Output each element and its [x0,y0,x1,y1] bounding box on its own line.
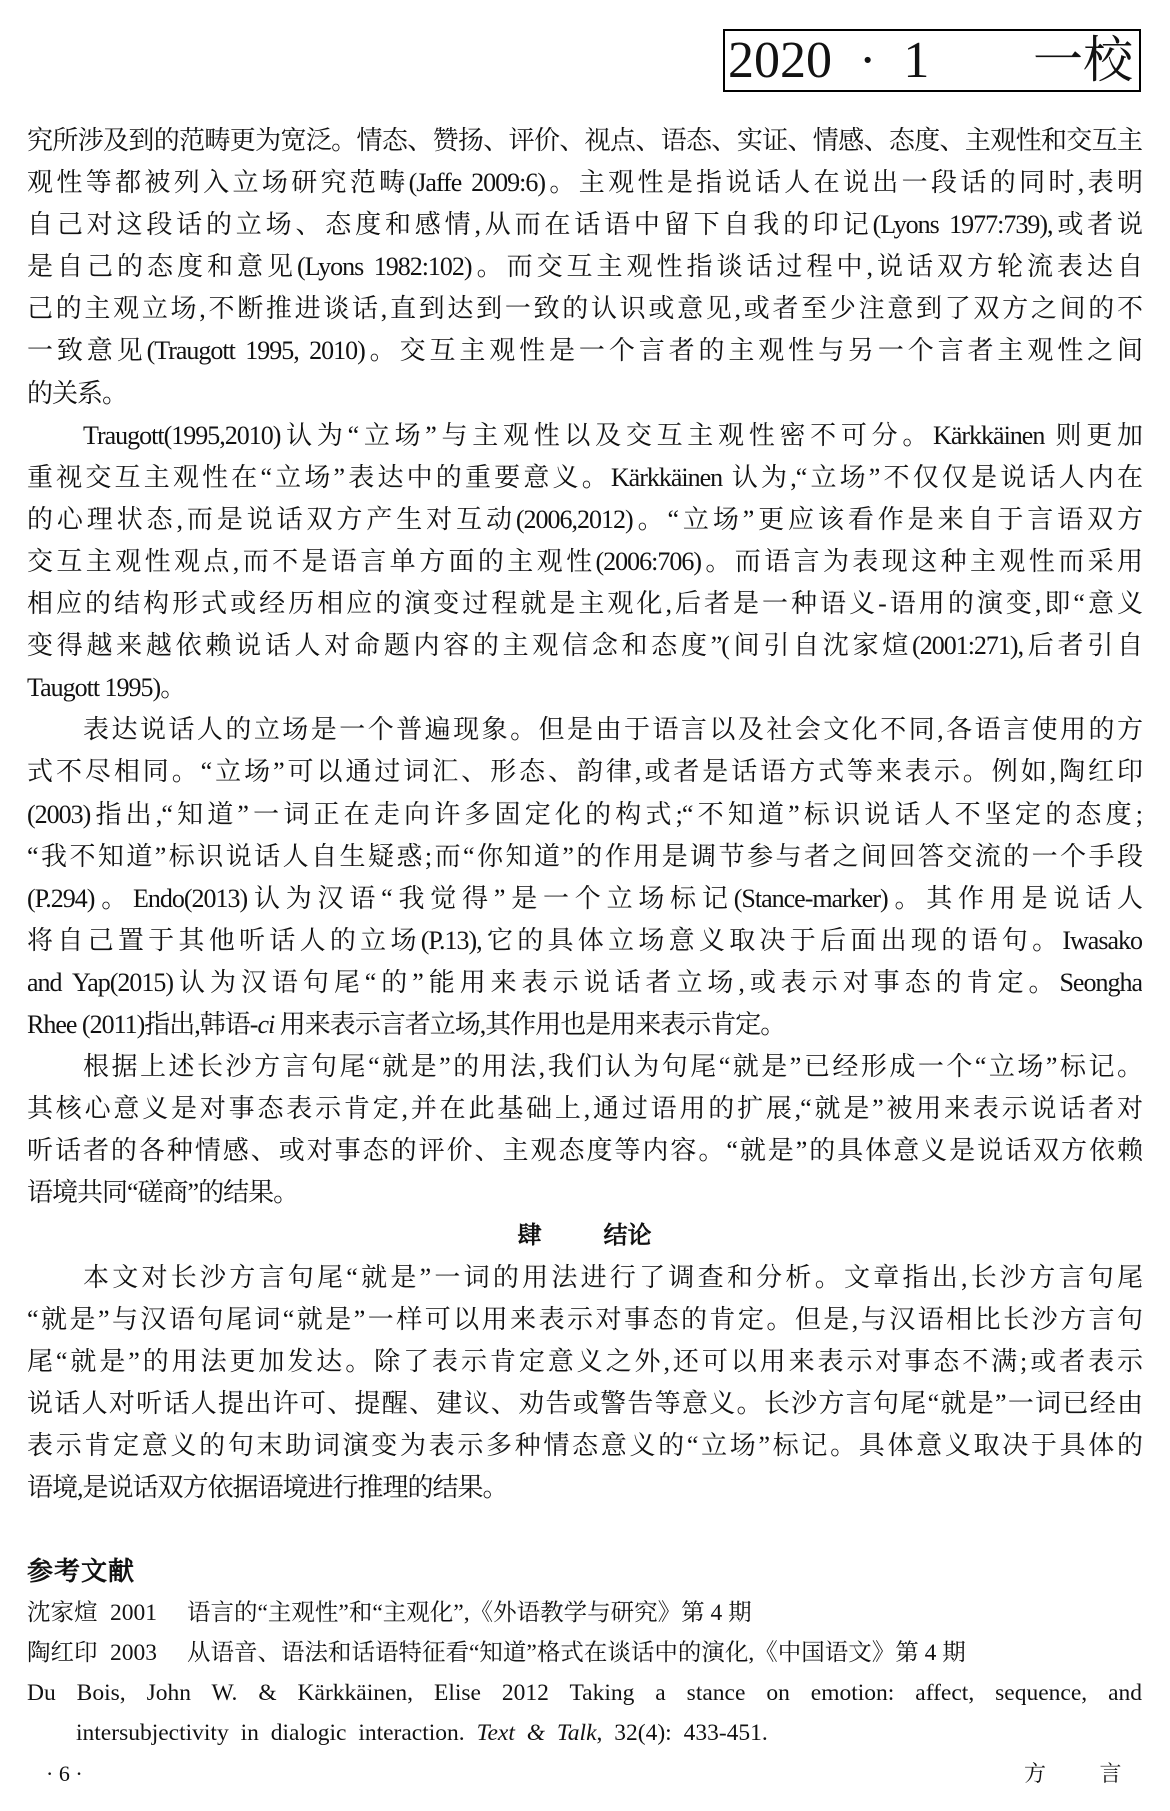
journal-name: 方 言 [1024,1754,1122,1794]
text-line: 听话者的各种情感、或对事态的评价、主观态度等内容。“就是”的具体意义是说话双方依… [27,1130,1142,1172]
text-line: 究所涉及到的范畴更为宽泛。情态、赞扬、评价、视点、语态、实证、情感、态度、主观性… [27,120,1142,162]
page-number: · 6 · [46,1754,83,1794]
reference-item: Du Bois, John W. & Kärkkäinen, Elise 201… [27,1673,1142,1713]
proof-stage-label: 一校 [1033,31,1133,90]
journal-title: Text & Talk [477,1720,597,1746]
text-line: 变得越来越依赖说话人对命题内容的主观信念和态度”(间引自沈家煊(2001:271… [27,625,1142,667]
text-line: “我不知道”标识说话人自生疑惑;而“你知道”的作用是调节参与者之间回答交流的一个… [27,836,1142,878]
section-title: 结论 [604,1214,652,1256]
text-line: 的心理状态,而是说话双方产生对互动(2006,2012)。“立场”更应该看作是来… [27,499,1142,541]
text-line: and Yap(2015)认为汉语句尾“的”能用来表示说话者立场,或表示对事态的… [27,962,1142,1004]
text-line: 其核心意义是对事态表示肯定,并在此基础上,通过语用的扩展,“就是”被用来表示说话… [27,1088,1142,1130]
section-number: 肆 [518,1214,542,1256]
reference-title: 语言的“主观性”和“主观化”,《外语教学与研究》第 4 期 [187,1593,752,1633]
reference-item: 陶红印 2003 从语音、语法和话语特征看“知道”格式在谈话中的演化,《中国语文… [27,1633,1142,1673]
references-title: 参考文献 [27,1551,1142,1593]
text-line: 重视交互主观性在“立场”表达中的重要意义。Kärkkäinen 认为,“立场”不… [27,457,1142,499]
text-line: 是自己的态度和意见(Lyons 1982:102)。而交互主观性指谈话过程中,说… [27,246,1142,288]
text-line: 观性等都被列入立场研究范畴(Jaffe 2009:6)。主观性是指说话人在说出一… [27,162,1142,204]
italic-term: ci [257,1010,274,1039]
paragraph: 根据上述长沙方言句尾“就是”的用法,我们认为句尾“就是”已经形成一个“立场”标记… [27,1046,1142,1214]
text-segment: Rhee (2011)指出,韩语- [27,1010,257,1039]
text-segment: , 32(4): 433-451. [597,1720,768,1746]
text-line: 语境共同“磋商”的结果。 [27,1172,1142,1214]
article-body: 究所涉及到的范畴更为宽泛。情态、赞扬、评价、视点、语态、实证、情感、态度、主观性… [27,120,1142,1753]
paragraph: 究所涉及到的范畴更为宽泛。情态、赞扬、评价、视点、语态、实证、情感、态度、主观性… [27,120,1142,415]
text-line: 根据上述长沙方言句尾“就是”的用法,我们认为句尾“就是”已经形成一个“立场”标记… [27,1046,1142,1088]
issue-header-box: 2020 · 1 一校 [723,29,1141,92]
text-line: 表示肯定意义的句末助词演变为表示多种情态意义的“立场”标记。具体意义取决于具体的 [27,1425,1142,1467]
text-line: “就是”与汉语句尾词“就是”一样可以用来表示对事态的肯定。但是,与汉语相比长沙方… [27,1299,1142,1341]
text-line: Rhee (2011)指出,韩语-ci 用来表示言者立场,其作用也是用来表示肯定… [27,1004,1142,1046]
references-list: 沈家煊 2001 语言的“主观性”和“主观化”,《外语教学与研究》第 4 期 陶… [27,1593,1142,1753]
text-line: 交互主观性观点,而不是语言单方面的主观性(2006:706)。而语言为表现这种主… [27,541,1142,583]
text-line: (P.294)。Endo(2013)认为汉语“我觉得”是一个立场标记(Stanc… [27,878,1142,920]
text-line: 尾“就是”的用法更加发达。除了表示肯定意义之外,还可以用来表示对事态不满;或者表… [27,1341,1142,1383]
document-page: 2020 · 1 一校 究所涉及到的范畴更为宽泛。情态、赞扬、评价、视点、语态、… [0,0,1170,1811]
reference-author: 陶红印 [27,1633,98,1673]
text-line: 的关系。 [27,373,1142,415]
reference-title: 从语音、语法和话语特征看“知道”格式在谈话中的演化,《中国语文》第 4 期 [187,1633,966,1673]
text-line: 将自己置于其他听话人的立场(P.13),它的具体立场意义取决于后面出现的语句。I… [27,920,1142,962]
text-segment: intersubjectivity in dialogic interactio… [76,1720,477,1746]
issue-number: 2020 · 1 [728,31,929,90]
paragraph: 本文对长沙方言句尾“就是”一词的用法进行了调查和分析。文章指出,长沙方言句尾 “… [27,1257,1142,1510]
reference-item: 沈家煊 2001 语言的“主观性”和“主观化”,《外语教学与研究》第 4 期 [27,1593,1142,1633]
text-line: 相应的结构形式或经历相应的演变过程就是主观化,后者是一种语义-语用的演变,即“意… [27,583,1142,625]
reference-year: 2001 [110,1593,157,1633]
paragraph: 表达说话人的立场是一个普遍现象。但是由于语言以及社会文化不同,各语言使用的方 式… [27,709,1142,1046]
text-line: (2003)指出,“知道”一词正在走向许多固定化的构式;“不知道”标识说话人不坚… [27,794,1142,836]
paragraph: Traugott(1995,2010)认为“立场”与主观性以及交互主观性密不可分… [27,415,1142,710]
reference-item-continuation: intersubjectivity in dialogic interactio… [27,1713,1142,1753]
reference-author: 沈家煊 [27,1593,98,1633]
text-line: 语境,是说话双方依据语境进行推理的结果。 [27,1467,1142,1509]
section-heading: 肆 结论 [27,1214,1142,1256]
text-line: 式不尽相同。“立场”可以通过词汇、形态、韵律,或者是话语方式等来表示。例如,陶红… [27,751,1142,793]
text-line: 本文对长沙方言句尾“就是”一词的用法进行了调查和分析。文章指出,长沙方言句尾 [27,1257,1142,1299]
text-line: 一致意见(Traugott 1995, 2010)。交互主观性是一个言者的主观性… [27,330,1142,372]
text-line: 自己对这段话的立场、态度和感情,从而在话语中留下自我的印记(Lyons 1977… [27,204,1142,246]
text-line: Taugott 1995)。 [27,667,1142,709]
text-line: 说话人对听话人提出许可、提醒、建议、劝告或警告等意义。长沙方言句尾“就是”一词已… [27,1383,1142,1425]
text-line: 己的主观立场,不断推进谈话,直到达到一致的认识或意见,或者至少注意到了双方之间的… [27,288,1142,330]
text-segment: 用来表示言者立场,其作用也是用来表示肯定。 [274,1010,785,1039]
reference-year: 2003 [110,1633,157,1673]
spacer [27,1509,1142,1551]
text-line: 表达说话人的立场是一个普遍现象。但是由于语言以及社会文化不同,各语言使用的方 [27,709,1142,751]
text-line: Traugott(1995,2010)认为“立场”与主观性以及交互主观性密不可分… [27,415,1142,457]
